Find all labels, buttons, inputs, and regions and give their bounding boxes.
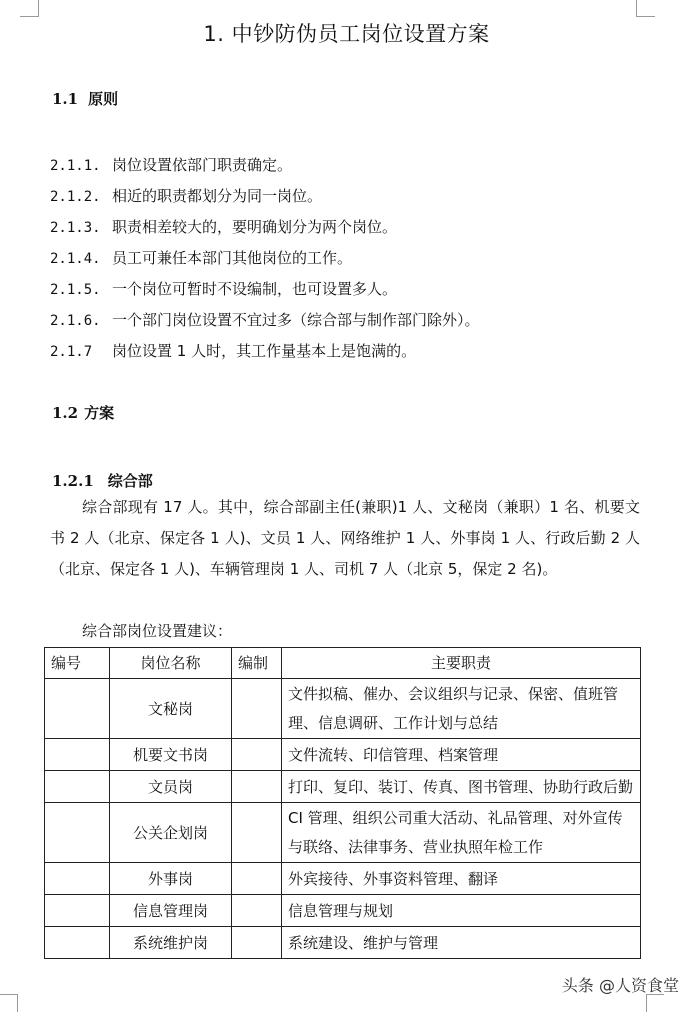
list-item: 2.1.7岗位设置 1 人时，其工作量基本上是饱满的。 xyxy=(50,336,480,367)
item-number: 2.1.3. xyxy=(50,213,112,244)
cell-id xyxy=(45,771,110,803)
item-number: 2.1.1. xyxy=(50,151,112,182)
item-text: 一个岗位可暂时不设编制，也可设置多人。 xyxy=(112,280,397,298)
cell-quota xyxy=(232,739,282,771)
cell-quota xyxy=(232,895,282,927)
watermark: 头条 @人资食堂 xyxy=(562,973,679,996)
cell-id xyxy=(45,739,110,771)
principles-list: 2.1.1.岗位设置依部门职责确定。 2.1.2.相近的职责都划分为同一岗位。 … xyxy=(50,150,480,367)
table-row: 系统维护岗 系统建设、维护与管理 xyxy=(45,927,641,959)
list-item: 2.1.4.员工可兼任本部门其他岗位的工作。 xyxy=(50,243,480,274)
post-setup-table: 编号 岗位名称 编制 主要职责 文秘岗 文件拟稿、催办、会议组织与记录、保密、值… xyxy=(44,647,641,959)
page-corner-mark-top-left xyxy=(20,0,39,17)
section-title: 原则 xyxy=(88,90,118,108)
item-number: 2.1.7 xyxy=(50,337,112,368)
page-corner-mark-top-right xyxy=(636,0,655,17)
cell-quota xyxy=(232,863,282,895)
cell-post: 外事岗 xyxy=(110,863,232,895)
cell-quota xyxy=(232,803,282,863)
cell-post: 信息管理岗 xyxy=(110,895,232,927)
cell-duties: 文件流转、印信管理、档案管理 xyxy=(282,739,641,771)
cell-duties: 打印、复印、装订、传真、图书管理、协助行政后勤 xyxy=(282,771,641,803)
section-heading-plan: 1.2方案 xyxy=(52,402,114,423)
table-row: 文秘岗 文件拟稿、催办、会议组织与记录、保密、值班管理、信息调研、工作计划与总结 xyxy=(45,679,641,739)
item-number: 2.1.4. xyxy=(50,244,112,275)
cell-duties: 文件拟稿、催办、会议组织与记录、保密、值班管理、信息调研、工作计划与总结 xyxy=(282,679,641,739)
table-header-row: 编号 岗位名称 编制 主要职责 xyxy=(45,648,641,679)
item-text: 一个部门岗位设置不宜过多（综合部与制作部门除外）。 xyxy=(112,311,480,329)
document-title: 1. 中钞防伪员工岗位设置方案 xyxy=(0,18,693,48)
header-post: 岗位名称 xyxy=(110,648,232,679)
list-item: 2.1.3.职责相差较大的，要明确划分为两个岗位。 xyxy=(50,212,480,243)
cell-duties: CI 管理、组织公司重大活动、礼品管理、对外宣传与联络、法律事务、营业执照年检工… xyxy=(282,803,641,863)
section-heading-general-dept: 1.2.1综合部 xyxy=(52,470,153,491)
cell-id xyxy=(45,679,110,739)
section-number: 1.2.1 xyxy=(52,472,94,490)
cell-duties: 信息管理与规划 xyxy=(282,895,641,927)
cell-quota xyxy=(232,771,282,803)
list-item: 2.1.2.相近的职责都划分为同一岗位。 xyxy=(50,181,480,212)
item-number: 2.1.5. xyxy=(50,275,112,306)
cell-quota xyxy=(232,927,282,959)
cell-id xyxy=(45,863,110,895)
cell-post: 公关企划岗 xyxy=(110,803,232,863)
cell-duties: 系统建设、维护与管理 xyxy=(282,927,641,959)
header-duties: 主要职责 xyxy=(282,648,641,679)
cell-post: 机要文书岗 xyxy=(110,739,232,771)
table-row: 机要文书岗 文件流转、印信管理、档案管理 xyxy=(45,739,641,771)
list-item: 2.1.1.岗位设置依部门职责确定。 xyxy=(50,150,480,181)
staffing-paragraph: 综合部现有 17 人。其中，综合部副主任(兼职)1 人、文秘岗（兼职）1 名、机… xyxy=(50,492,640,585)
table-row: 外事岗 外宾接待、外事资料管理、翻译 xyxy=(45,863,641,895)
list-item: 2.1.5.一个岗位可暂时不设编制，也可设置多人。 xyxy=(50,274,480,305)
section-number: 1.2 xyxy=(52,404,78,422)
item-number: 2.1.6. xyxy=(50,306,112,337)
cell-duties: 外宾接待、外事资料管理、翻译 xyxy=(282,863,641,895)
table-caption: 综合部岗位设置建议： xyxy=(82,620,232,641)
table-row: 信息管理岗 信息管理与规划 xyxy=(45,895,641,927)
table-row: 公关企划岗 CI 管理、组织公司重大活动、礼品管理、对外宣传与联络、法律事务、营… xyxy=(45,803,641,863)
cell-id xyxy=(45,927,110,959)
page-corner-mark-bottom-left xyxy=(0,994,18,1012)
cell-post: 系统维护岗 xyxy=(110,927,232,959)
section-title: 方案 xyxy=(84,404,114,422)
header-id: 编号 xyxy=(45,648,110,679)
item-text: 职责相差较大的，要明确划分为两个岗位。 xyxy=(112,218,397,236)
table-row: 文员岗 打印、复印、装订、传真、图书管理、协助行政后勤 xyxy=(45,771,641,803)
cell-post: 文秘岗 xyxy=(110,679,232,739)
item-text: 岗位设置依部门职责确定。 xyxy=(112,156,292,174)
section-title: 综合部 xyxy=(108,472,153,490)
item-number: 2.1.2. xyxy=(50,182,112,213)
item-text: 岗位设置 1 人时，其工作量基本上是饱满的。 xyxy=(112,342,416,360)
item-text: 相近的职责都划分为同一岗位。 xyxy=(112,187,322,205)
section-number: 1.1 xyxy=(52,90,78,108)
cell-post: 文员岗 xyxy=(110,771,232,803)
section-heading-principles: 1.1原则 xyxy=(52,88,118,109)
header-quota: 编制 xyxy=(232,648,282,679)
cell-quota xyxy=(232,679,282,739)
cell-id xyxy=(45,895,110,927)
list-item: 2.1.6.一个部门岗位设置不宜过多（综合部与制作部门除外）。 xyxy=(50,305,480,336)
item-text: 员工可兼任本部门其他岗位的工作。 xyxy=(112,249,352,267)
cell-id xyxy=(45,803,110,863)
page-corner-mark-bottom-right xyxy=(646,994,664,1012)
